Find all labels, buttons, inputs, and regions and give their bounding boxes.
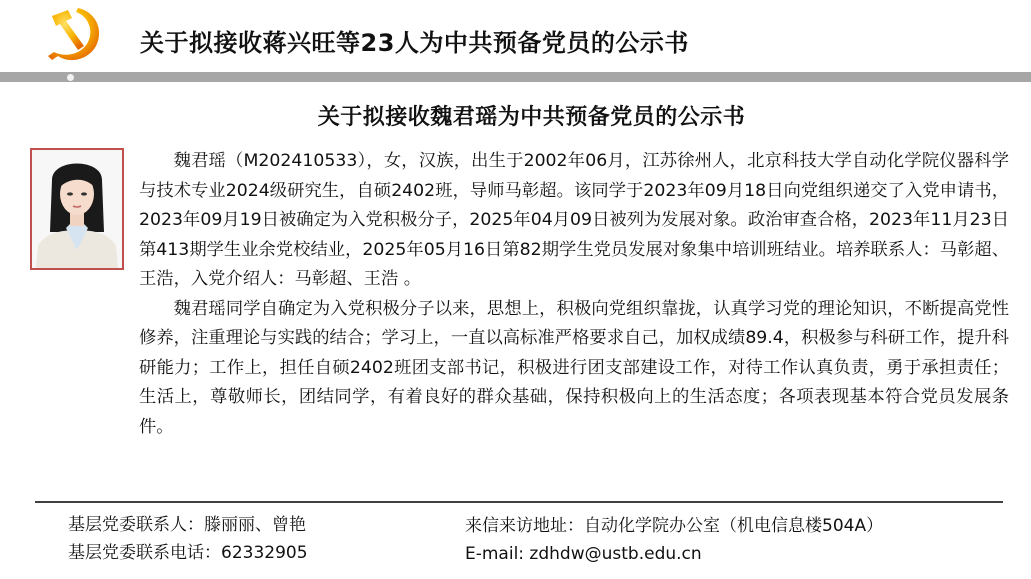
document-body: 魏君瑶（M202410533），女，汉族，出生于2002年06月，江苏徐州人，北… xyxy=(139,147,1009,442)
footer-address: 来信来访地址：自动化学院办公室（机电信息楼504A） E-mail: zdhdw… xyxy=(465,512,883,568)
paragraph-evaluation: 魏君瑶同学自确定为入党积极分子以来，思想上，积极向党组织靠拢，认真学习党的理论知… xyxy=(139,295,1009,443)
portrait-image xyxy=(32,150,122,268)
header-title: 关于拟接收蒋兴旺等23人为中共预备党员的公示书 xyxy=(140,27,689,59)
header-bar xyxy=(0,72,1031,82)
contact-phone: 基层党委联系电话：62332905 xyxy=(68,539,308,567)
footer-contacts: 基层党委联系人：滕丽丽、曾艳 基层党委联系电话：62332905 xyxy=(68,511,308,567)
paragraph-profile: 魏君瑶（M202410533），女，汉族，出生于2002年06月，江苏徐州人，北… xyxy=(139,147,1009,295)
contact-person: 基层党委联系人：滕丽丽、曾艳 xyxy=(68,511,308,539)
footer-divider xyxy=(35,501,1003,503)
document-title: 关于拟接收魏君瑶为中共预备党员的公示书 xyxy=(0,103,1031,133)
visit-address: 来信来访地址：自动化学院办公室（机电信息楼504A） xyxy=(465,512,883,540)
candidate-photo xyxy=(30,148,124,270)
header-bar-dot xyxy=(67,74,74,81)
email-address: E-mail: zdhdw@ustb.edu.cn xyxy=(465,540,883,568)
party-emblem-icon xyxy=(38,2,106,68)
